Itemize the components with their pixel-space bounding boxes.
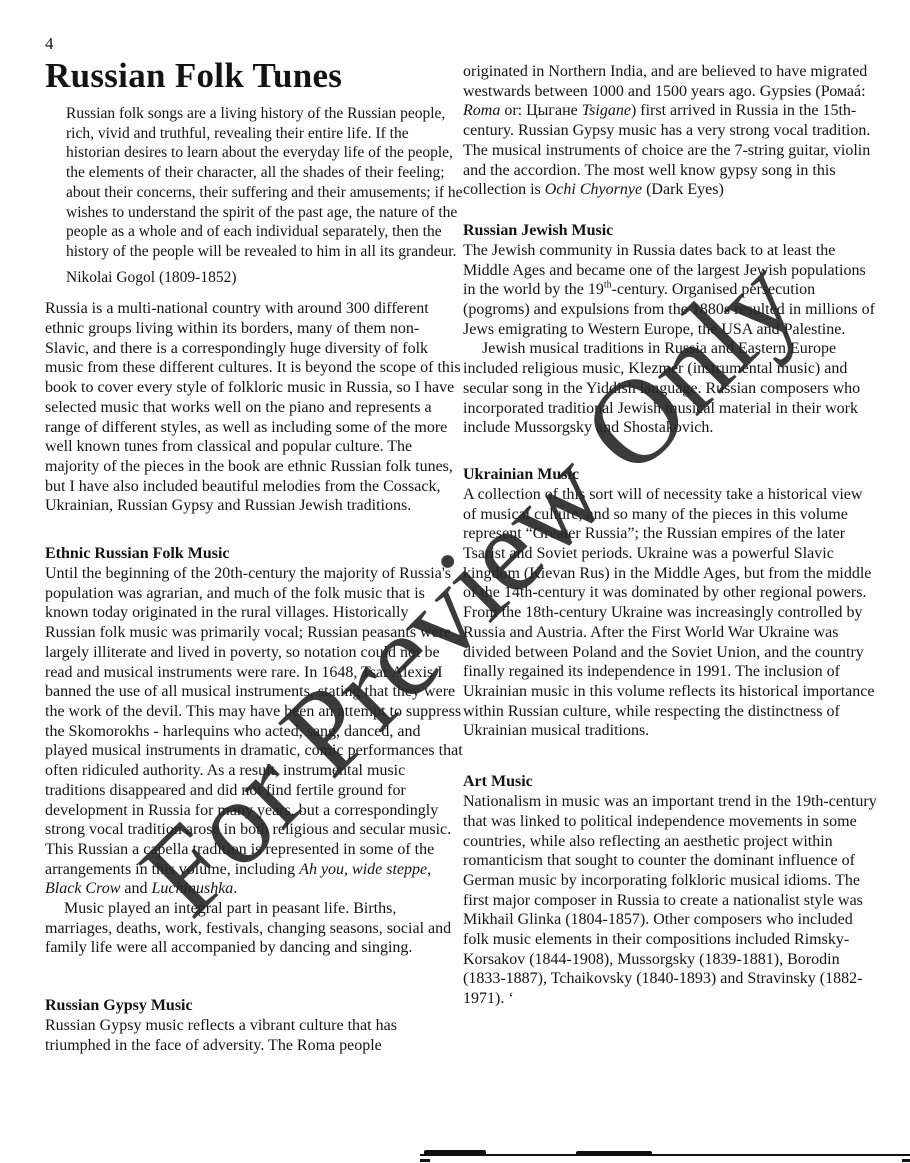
section-heading-ethnic-russian-folk-music: Ethnic Russian Folk Music bbox=[45, 544, 463, 564]
jewish-paragraph-2: Jewish musical traditions in Russia and … bbox=[463, 339, 879, 438]
document-page: For Preview Only 4 Russian Folk Tunes Ru… bbox=[0, 0, 910, 1163]
section-heading-art-music: Art Music bbox=[463, 772, 879, 792]
ukrainian-paragraph: A collection of this sort will of necess… bbox=[463, 485, 879, 741]
ethnic-paragraph-1: Until the beginning of the 20th-century … bbox=[45, 564, 463, 899]
gogol-quote: Russian folk songs are a living history … bbox=[66, 104, 463, 262]
art-paragraph: Nationalism in music was an important tr… bbox=[463, 792, 879, 1009]
staff-line-tick bbox=[420, 1159, 430, 1162]
section-heading-ukrainian-music: Ukrainian Music bbox=[463, 465, 879, 485]
left-column: 4 Russian Folk Tunes Russian folk songs … bbox=[45, 28, 463, 1056]
ethnic-paragraph-2: Music played an integral part in peasant… bbox=[45, 899, 463, 958]
intro-paragraph: Russia is a multi-national country with … bbox=[45, 299, 463, 516]
section-heading-russian-jewish-music: Russian Jewish Music bbox=[463, 221, 879, 241]
page-title: Russian Folk Tunes bbox=[45, 56, 463, 96]
staff-line bbox=[420, 1154, 910, 1156]
right-column: originated in Northern India, and are be… bbox=[463, 56, 879, 1009]
quote-attribution: Nikolai Gogol (1809-1852) bbox=[66, 268, 463, 288]
staff-line-blob bbox=[424, 1150, 486, 1156]
gypsy-paragraph-continued: originated in Northern India, and are be… bbox=[463, 62, 879, 200]
jewish-paragraph-1: The Jewish community in Russia dates bac… bbox=[463, 241, 879, 340]
staff-line-blob bbox=[576, 1151, 652, 1156]
staff-line-tick bbox=[902, 1159, 910, 1162]
section-heading-russian-gypsy-music: Russian Gypsy Music bbox=[45, 996, 463, 1016]
gypsy-paragraph: Russian Gypsy music reflects a vibrant c… bbox=[45, 1016, 463, 1055]
page-number: 4 bbox=[45, 34, 463, 54]
